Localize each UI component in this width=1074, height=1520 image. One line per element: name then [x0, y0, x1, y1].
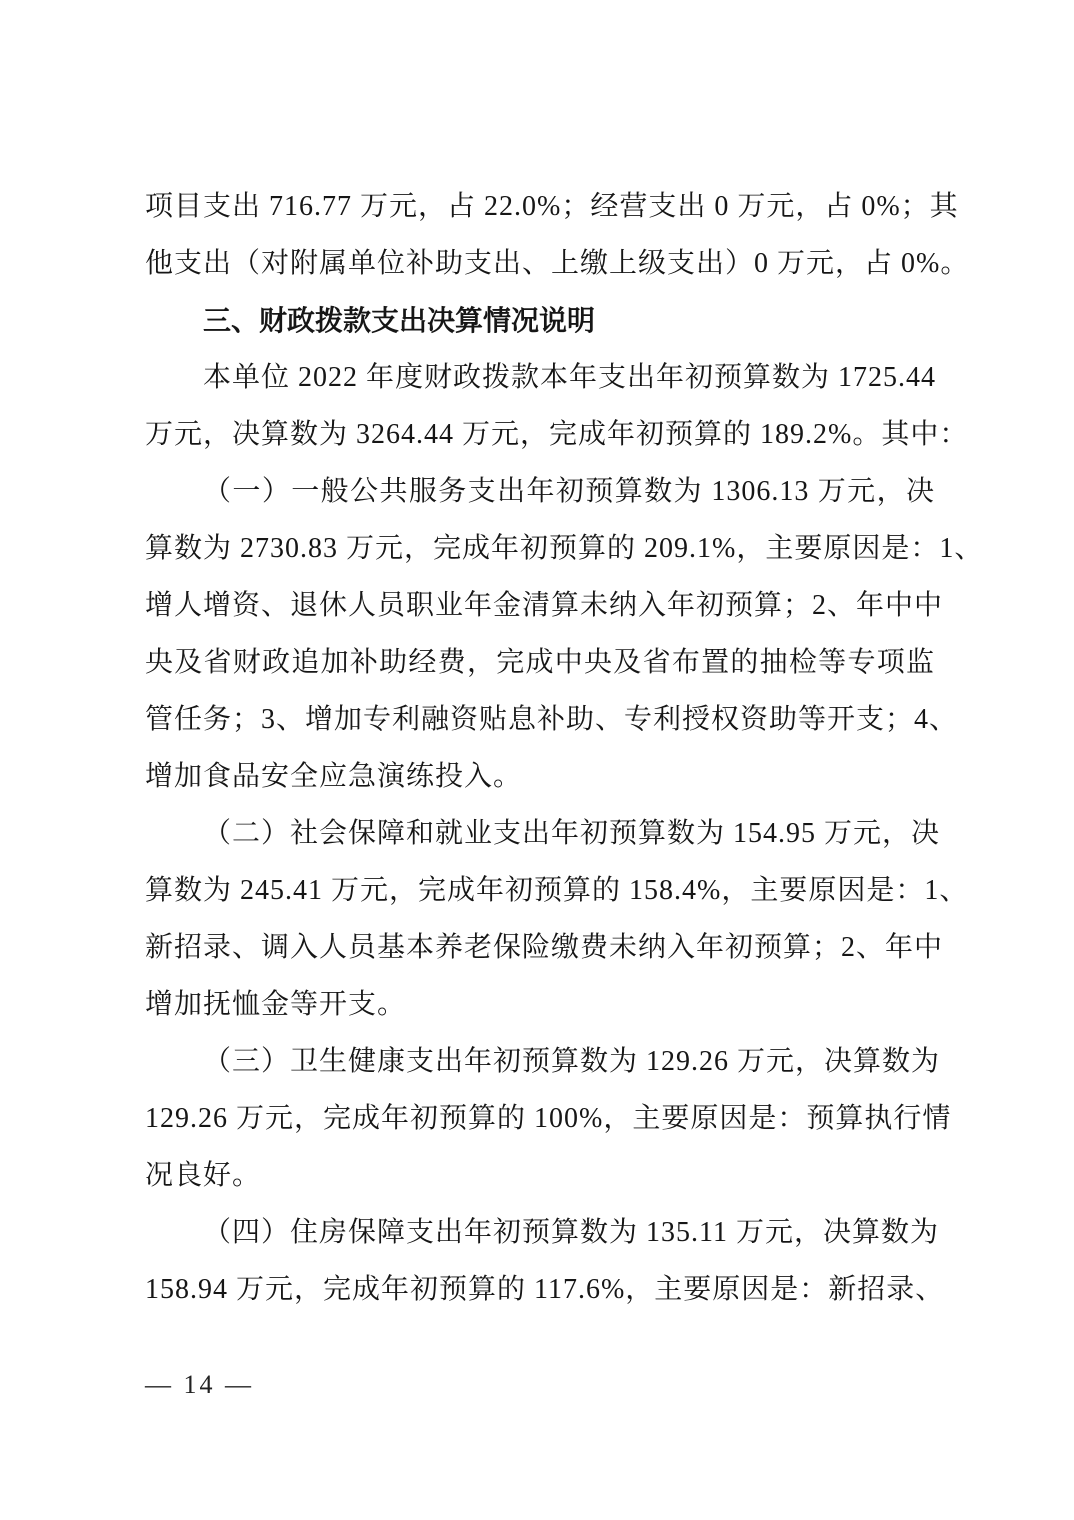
text-line: 算数为 2730.83 万元，完成年初预算的 209.1%，主要原因是：1、: [145, 520, 935, 577]
text-line: 项目支出 716.77 万元，占 22.0%；经营支出 0 万元，占 0%；其: [145, 178, 935, 235]
text-lines: 项目支出 716.77 万元，占 22.0%；经营支出 0 万元，占 0%；其他…: [145, 178, 935, 1318]
text-line: 况良好。: [145, 1147, 935, 1204]
text-line: 本单位 2022 年度财政拨款本年支出年初预算数为 1725.44: [145, 349, 935, 406]
text-line: 他支出（对附属单位补助支出、上缴上级支出）0 万元，占 0%。: [145, 235, 935, 292]
text-line: （三）卫生健康支出年初预算数为 129.26 万元，决算数为: [145, 1033, 935, 1090]
text-line: 央及省财政追加补助经费，完成中央及省布置的抽检等专项监: [145, 634, 935, 691]
text-line: （四）住房保障支出年初预算数为 135.11 万元，决算数为: [145, 1204, 935, 1261]
text-line: 万元，决算数为 3264.44 万元，完成年初预算的 189.2%。其中：: [145, 406, 935, 463]
page-number: — 14 —: [145, 1365, 254, 1405]
text-line: 算数为 245.41 万元，完成年初预算的 158.4%，主要原因是：1、: [145, 862, 935, 919]
text-line: 管任务；3、增加专利融资贴息补助、专利授权资助等开支；4、: [145, 691, 935, 748]
section-heading: 三、财政拨款支出决算情况说明: [145, 292, 935, 349]
text-line: （二）社会保障和就业支出年初预算数为 154.95 万元，决: [145, 805, 935, 862]
text-line: 增加食品安全应急演练投入。: [145, 748, 935, 805]
text-line: 增人增资、退休人员职业年金清算未纳入年初预算；2、年中中: [145, 577, 935, 634]
text-line: 158.94 万元，完成年初预算的 117.6%，主要原因是：新招录、: [145, 1261, 935, 1318]
text-line: 129.26 万元，完成年初预算的 100%，主要原因是：预算执行情: [145, 1090, 935, 1147]
text-line: 新招录、调入人员基本养老保险缴费未纳入年初预算；2、年中: [145, 919, 935, 976]
text-line: 增加抚恤金等开支。: [145, 976, 935, 1033]
document-page: 项目支出 716.77 万元，占 22.0%；经营支出 0 万元，占 0%；其他…: [0, 0, 1074, 1520]
text-line: （一）一般公共服务支出年初预算数为 1306.13 万元，决: [145, 463, 935, 520]
